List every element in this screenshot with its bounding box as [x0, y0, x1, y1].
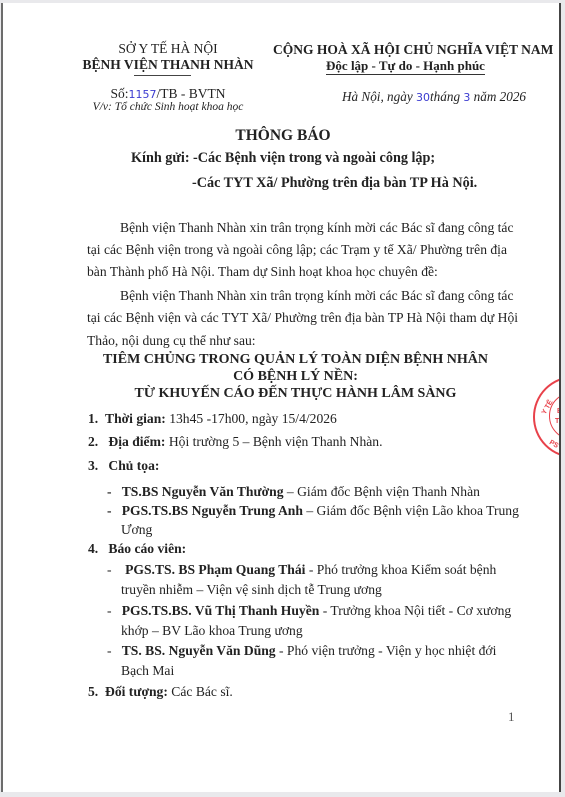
handwritten-month: 3	[463, 91, 470, 104]
department-name: SỞ Y TẾ HÀ NỘI	[63, 41, 273, 57]
document-subject: V/v: Tổ chức Sinh hoạt khoa học	[63, 101, 273, 113]
recipient-line-2: -Các TYT Xã/ Phường trên địa bàn TP Hà N…	[192, 175, 477, 192]
document-page: SỞ Y TẾ HÀ NỘI BỆNH VIỆN THANH NHÀN Số:1…	[1, 3, 561, 792]
recipient-line-1: -Các Bệnh viện trong và ngoài công lập;	[193, 150, 435, 167]
topic-line-3: TỪ KHUYẾN CÁO ĐẾN THỰC HÀNH LÂM SÀNG	[83, 386, 508, 402]
paragraph-1-line-2: tại các Bệnh viện trong và ngoài công lậ…	[87, 239, 507, 261]
speaker-3-continued: Bạch Mai	[121, 660, 174, 682]
item-time: 1. Thời gian: 13h45 -17h00, ngày 15/4/20…	[88, 408, 337, 430]
paragraph-2-line-1: Bệnh viện Thanh Nhàn xin trân trọng kính…	[120, 285, 514, 307]
item-speakers: 4. Báo cáo viên:	[88, 538, 186, 560]
item-chairs: 3. Chủ tọa:	[88, 455, 159, 477]
hospital-underline	[134, 75, 191, 76]
paragraph-2-line-3: Thảo, nội dung cụ thể như sau:	[87, 330, 256, 352]
speaker-3: - TS. BS. Nguyễn Văn Dũng - Phó viện trư…	[107, 640, 496, 662]
notice-title: THÔNG BÁO	[3, 127, 561, 145]
paragraph-1-line-3: bàn Thành phố Hà Nội. Tham dự Sinh hoạt …	[87, 261, 438, 283]
national-motto: Độc lập - Tự do - Hạnh phúc	[273, 58, 538, 74]
document-number: Số:1157/TB - BVTN	[63, 86, 273, 102]
page-number: 1	[508, 709, 515, 725]
recipient-label: Kính gửi:	[131, 150, 190, 167]
speaker-2: - PGS.TS.BS. Vũ Thị Thanh Huyền - Trưởng…	[107, 600, 511, 622]
chair-2: - PGS.TS.BS Nguyễn Trung Anh – Giám đốc …	[107, 500, 519, 522]
handwritten-number: 1157	[129, 88, 157, 101]
speaker-1: - PGS.TS. BS Phạm Quang Thái - Phó trưởn…	[107, 559, 496, 581]
nation-title: CỘNG HOÀ XÃ HỘI CHỦ NGHĨA VIỆT NAM	[273, 42, 538, 58]
item-audience: 5. Đối tượng: Các Bác sĩ.	[88, 681, 233, 703]
paragraph-2-line-2: tại các Bệnh viện và các TYT Xã/ Phường …	[87, 307, 518, 329]
item-place: 2. Địa điểm: Hội trường 5 – Bệnh viện Th…	[88, 431, 382, 453]
paragraph-1-line-1: Bệnh viện Thanh Nhàn xin trân trọng kính…	[120, 217, 514, 239]
speaker-1-continued: truyền nhiễm – Viện vệ sinh dịch tễ Trun…	[121, 579, 382, 601]
red-seal-stamp: THÀ Y TẾ BỆN THA PS	[533, 376, 561, 458]
topic-line-1: TIÊM CHỦNG TRONG QUẢN LÝ TOÀN DIỆN BỆNH …	[83, 352, 508, 368]
topic-line-2: CÓ BỆNH LÝ NỀN:	[83, 369, 508, 385]
issue-date: Hà Nội, ngày 30tháng 3 năm 2026	[342, 89, 526, 105]
speaker-2-continued: khớp – BV Lão khoa Trung ương	[121, 620, 303, 642]
handwritten-day: 30	[416, 91, 430, 104]
hospital-name: BỆNH VIỆN THANH NHÀN	[63, 57, 273, 73]
